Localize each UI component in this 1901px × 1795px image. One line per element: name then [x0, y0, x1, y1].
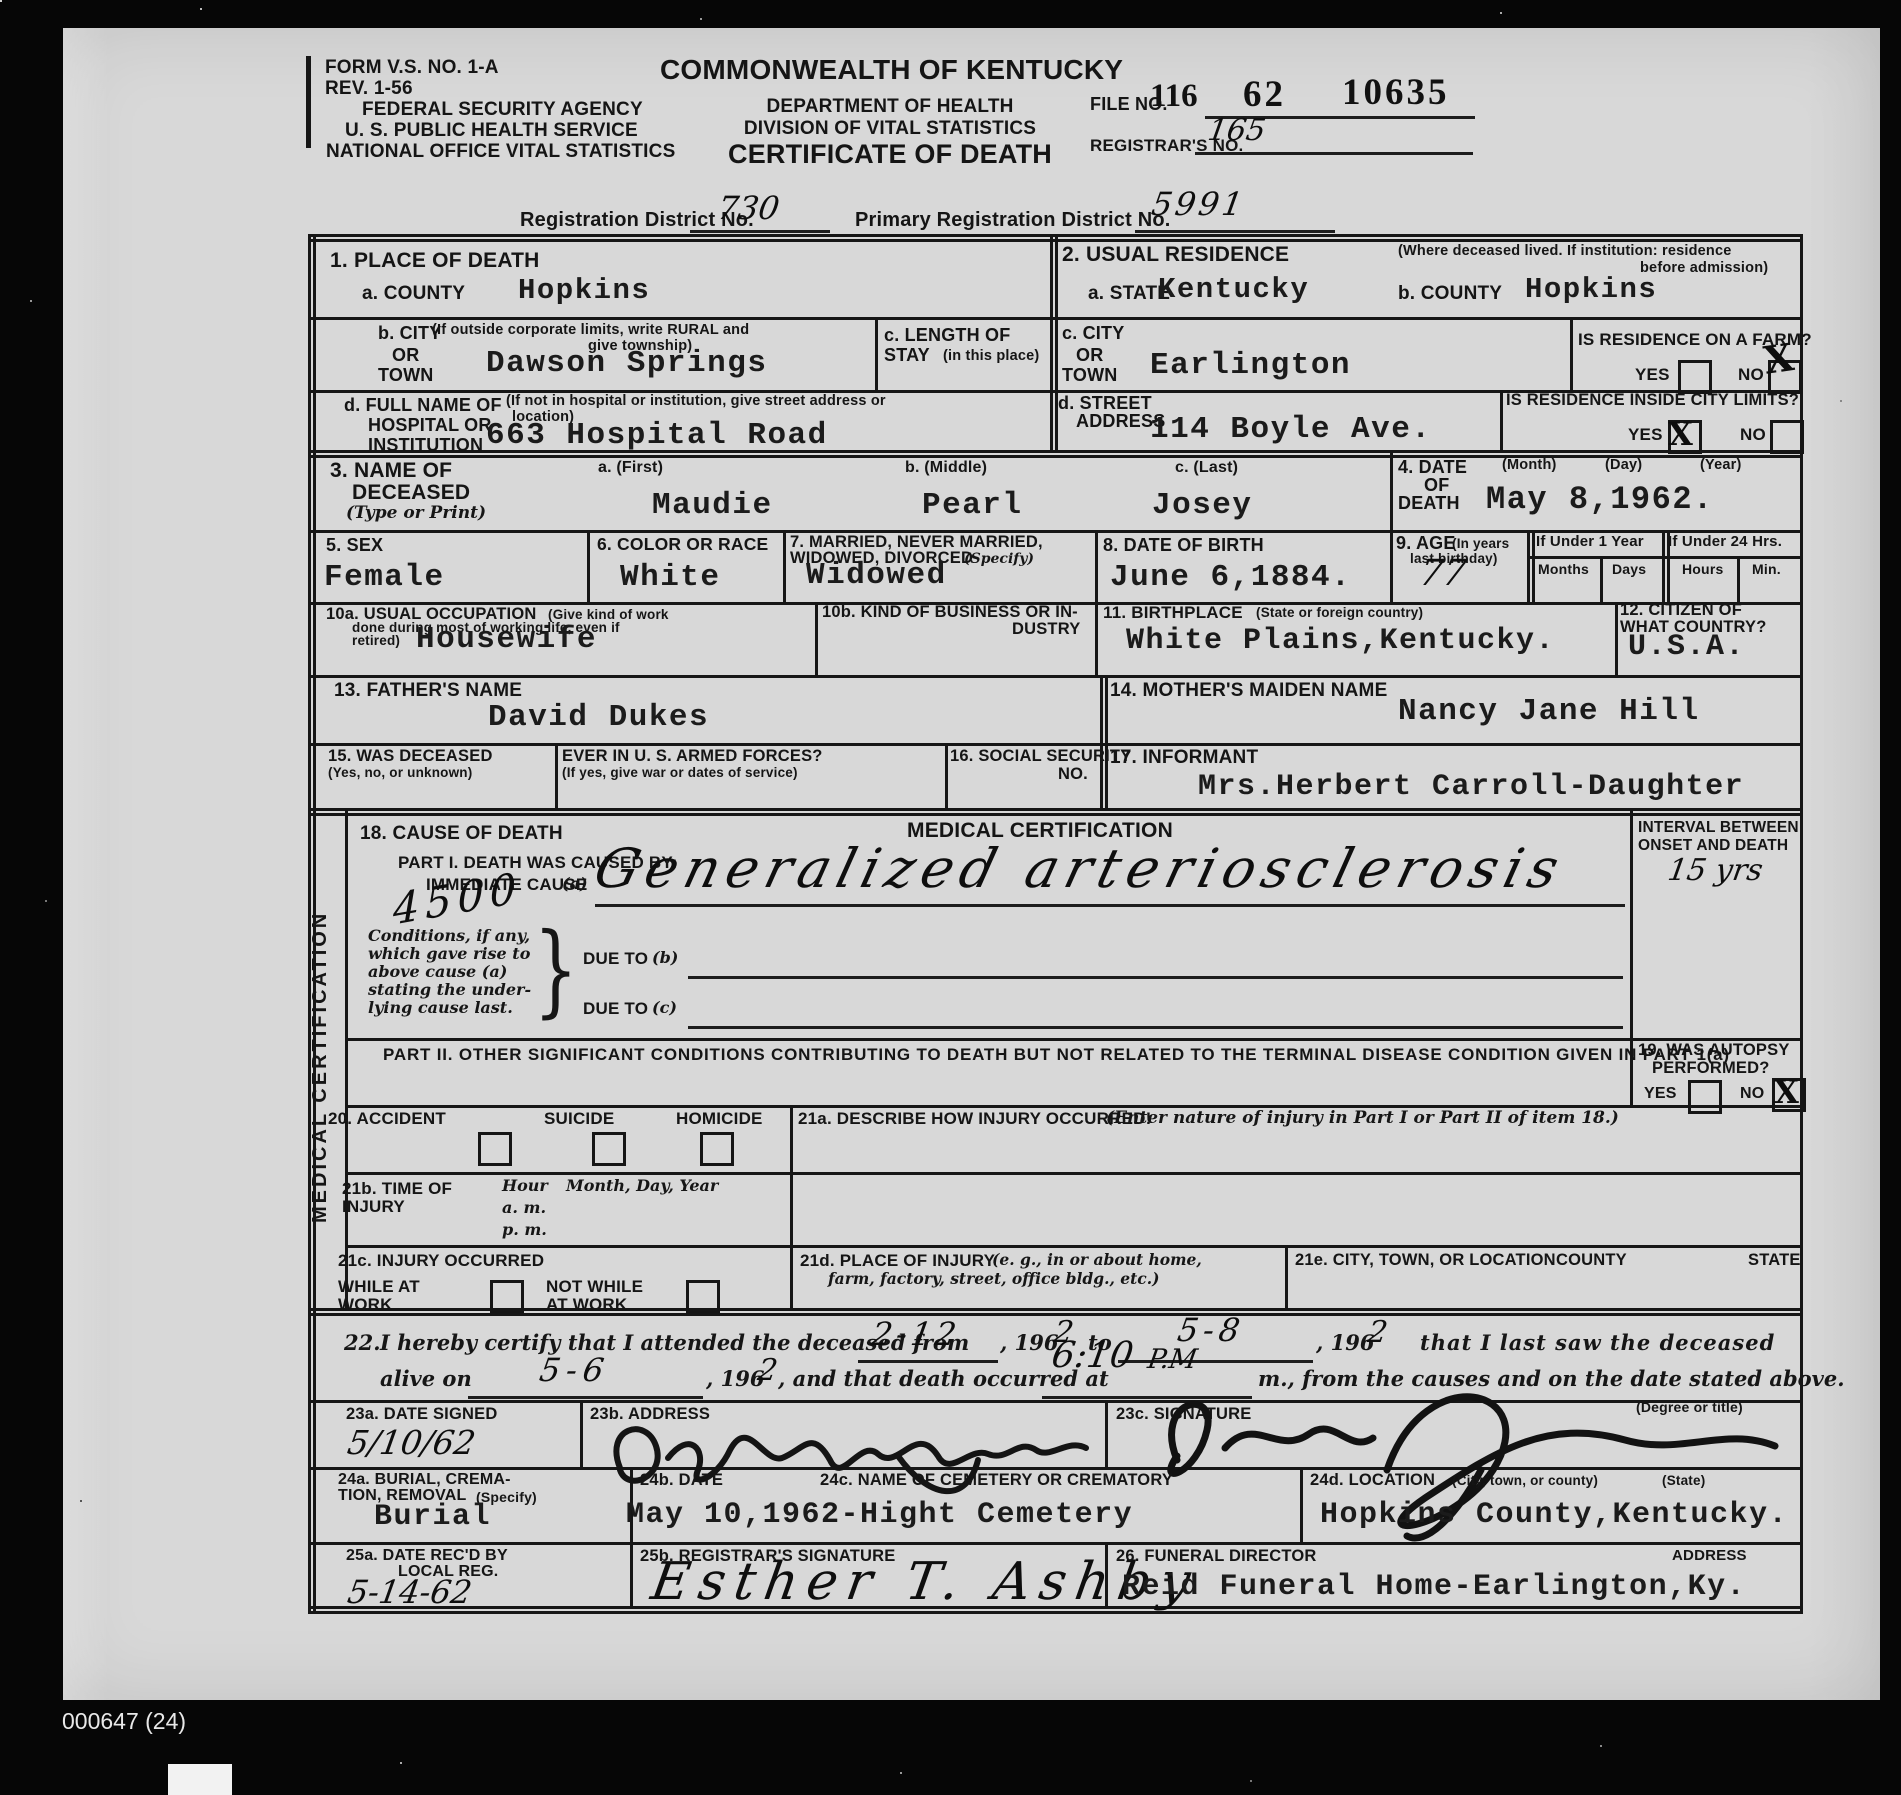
date-signed-label: 23a. DATE SIGNED — [346, 1406, 497, 1423]
time-of-death-ampm: P.M — [1146, 1346, 1199, 1373]
place-of-injury-note: farm, factory, street, office bldg., etc… — [828, 1271, 1159, 1287]
date-signed-value: 5/10/62 — [345, 1426, 477, 1459]
fill-line — [688, 1026, 1623, 1029]
line — [630, 1542, 633, 1608]
form-revision: REV. 1-56 — [325, 79, 413, 98]
length-of-stay-label: STAY — [884, 346, 930, 364]
farm-no-x-mark: X — [1761, 338, 1795, 380]
business-label: 10b. KIND OF BUSINESS OR IN- — [822, 604, 1078, 621]
autopsy-label: 19. WAS AUTOPSY — [1638, 1042, 1790, 1059]
scan-id: 000647 (24) — [62, 1708, 186, 1735]
age-note: (In years — [1452, 537, 1509, 551]
line — [308, 808, 1802, 816]
cause-of-death-label: 18. CAUSE OF DEATH — [360, 824, 563, 843]
or-label: OR — [392, 346, 419, 364]
interval-value: 15 yrs — [1666, 856, 1765, 886]
fill-line — [688, 976, 1623, 979]
part2-label: PART II. OTHER SIGNIFICANT CONDITIONS CO… — [383, 1046, 1730, 1063]
place-of-death-title: 1. PLACE OF DEATH — [330, 250, 540, 271]
due-to-label: DUE TO — [583, 1000, 648, 1017]
certify-number: 22. — [344, 1332, 381, 1353]
hospital-label: d. FULL NAME OF — [344, 396, 502, 414]
birthplace-label: 11. BIRTHPLACE — [1103, 604, 1243, 621]
line — [1390, 530, 1393, 602]
informant-value: Mrs.Herbert Carroll-Daughter — [1198, 772, 1744, 802]
name-of-deceased-label: DECEASED — [352, 482, 470, 503]
mother-name-label: 14. MOTHER'S MAIDEN NAME — [1110, 681, 1387, 700]
birthplace-value: White Plains,Kentucky. — [1126, 626, 1555, 656]
file-no-stamp: 62 — [1243, 76, 1286, 113]
hospital-label: INSTITUTION — [368, 436, 483, 454]
burial-label: 24a. BURIAL, CREMA- — [338, 1472, 511, 1488]
date-received-value: 5-14-62 — [345, 1576, 473, 1608]
citizen-value: U.S.A. — [1628, 632, 1745, 662]
father-name-label: 13. FATHER'S NAME — [334, 681, 522, 700]
yes-label: YES — [1644, 1086, 1677, 1102]
line — [875, 317, 878, 390]
certify-text: , 196 — [1000, 1332, 1058, 1353]
line — [308, 743, 1802, 746]
hours-label: Hours — [1682, 562, 1723, 576]
accident-checkbox — [478, 1132, 512, 1166]
primary-district-value: 5991 — [1149, 188, 1248, 220]
cause-of-death-value: Generalized arteriosclerosis — [589, 842, 1570, 896]
conditions-note: lying cause last. — [368, 1000, 513, 1016]
birthplace-note: (State or foreign country) — [1256, 606, 1423, 620]
department-line: DEPARTMENT OF HEALTH — [660, 97, 1120, 116]
limits-yes-x-mark: X — [1668, 418, 1693, 450]
date-of-death-label: OF — [1424, 476, 1449, 494]
while-at-work-label: WORK — [338, 1296, 393, 1313]
dob-value: June 6,1884. — [1110, 562, 1351, 593]
not-while-at-work-checkbox — [686, 1280, 720, 1314]
line — [580, 1400, 583, 1467]
specify-note: (Specify) — [964, 552, 1034, 566]
city-label: c. CITY — [1062, 324, 1124, 342]
city-note: (If outside corporate limits, write RURA… — [432, 323, 749, 338]
hour-label: Hour — [502, 1178, 548, 1194]
sex-value: Female — [324, 562, 445, 593]
line — [345, 810, 348, 1310]
armed-forces-label: EVER IN U. S. ARMED FORCES? — [562, 748, 823, 765]
suicide-label: SUICIDE — [544, 1110, 614, 1127]
conditions-note: above cause (a) — [368, 964, 507, 980]
cemetery-label: 24c. NAME OF CEMETERY OR CREMATORY — [820, 1472, 1173, 1489]
line — [815, 602, 818, 675]
months-label: Months — [1538, 562, 1589, 576]
first-name-value: Maudie — [652, 490, 773, 521]
conditions-note: stating the under- — [368, 982, 531, 998]
year-label: (Year) — [1700, 458, 1742, 473]
informant-label: 17. INFORMANT — [1110, 748, 1258, 767]
type-or-print-note: (Type or Print) — [346, 505, 486, 522]
burial-type-value: Burial — [374, 1502, 491, 1532]
certificate-title: CERTIFICATE OF DEATH — [660, 141, 1120, 168]
length-of-stay-note: (in this place) — [943, 349, 1039, 364]
armed-forces-note: (If yes, give war or dates of service) — [562, 766, 798, 780]
line — [308, 1308, 1802, 1316]
scan-noise — [0, 0, 2, 2]
usual-residence-title: 2. USUAL RESIDENCE — [1062, 244, 1289, 265]
ssn-label: 16. SOCIAL SECURITY — [950, 748, 1131, 765]
length-of-stay-label: c. LENGTH OF — [884, 326, 1010, 344]
division-line: DIVISION OF VITAL STATISTICS — [660, 119, 1120, 138]
county-label: a. COUNTY — [362, 284, 465, 303]
autopsy-label: PERFORMED? — [1652, 1060, 1770, 1077]
funeral-director-address-label: ADDRESS — [1672, 1548, 1747, 1563]
line — [347, 1038, 1802, 1041]
residence-note: (Where deceased lived. If institution: r… — [1398, 244, 1732, 259]
interval-label: ONSET AND DEATH — [1638, 838, 1788, 854]
middle-name-label: b. (Middle) — [905, 460, 987, 476]
line — [1095, 602, 1098, 675]
fill-line — [595, 904, 1625, 907]
autopsy-yes-checkbox — [1688, 1080, 1722, 1114]
residence-note: before admission) — [1640, 261, 1768, 276]
yes-label: YES — [1635, 366, 1670, 383]
describe-injury-note: (Enter nature of injury in Part I or Par… — [1106, 1110, 1619, 1127]
death-county-value: Hopkins — [518, 276, 650, 305]
burial-location-value: Hopkins County,Kentucky. — [1320, 1500, 1788, 1530]
conditions-note: Conditions, if any, — [368, 928, 530, 944]
form-number: FORM V.S. NO. 1-A — [325, 58, 499, 77]
conditions-note: which gave rise to — [368, 946, 530, 962]
attended-from-date: 2-12 — [869, 1318, 962, 1350]
line — [1095, 530, 1098, 602]
agency-line: NATIONAL OFFICE VITAL STATISTICS — [326, 142, 675, 161]
occupation-note: retired) — [352, 634, 400, 648]
line — [1390, 452, 1393, 530]
first-name-label: a. (First) — [598, 460, 663, 476]
line — [1737, 556, 1740, 602]
not-while-at-work-label: NOT WHILE — [546, 1278, 643, 1295]
line — [555, 743, 558, 810]
burial-date-label: 24b. DATE — [640, 1472, 723, 1489]
middle-name-value: Pearl — [922, 490, 1023, 521]
line — [347, 1172, 1802, 1175]
autopsy-no-x-mark: X — [1774, 1076, 1799, 1108]
last-name-value: Josey — [1152, 490, 1253, 521]
was-deceased-label: 15. WAS DECEASED — [328, 748, 493, 765]
hospital-label: HOSPITAL OR — [368, 416, 492, 434]
min-label: Min. — [1752, 562, 1781, 576]
line — [1570, 317, 1573, 390]
attended-to-date: 5-8 — [1175, 1314, 1247, 1346]
due-to-c: (c) — [652, 1000, 677, 1016]
funeral-director-label: 26. FUNERAL DIRECTOR — [1116, 1548, 1317, 1565]
occupation-value: Housewife — [416, 624, 597, 655]
pm-label: p. m. — [502, 1222, 547, 1238]
interval-label: INTERVAL BETWEEN — [1638, 820, 1799, 836]
no-label: NO — [1738, 366, 1764, 383]
funeral-director-value: Reid Funeral Home-Earlington,Ky. — [1122, 1572, 1746, 1602]
date-of-death-label: DEATH — [1398, 494, 1460, 512]
homicide-checkbox — [700, 1132, 734, 1166]
fill-line — [858, 1360, 998, 1363]
conditions-brace: } — [534, 920, 579, 1020]
dob-label: 8. DATE OF BIRTH — [1103, 536, 1264, 554]
death-city-value: Dawson Springs — [486, 348, 767, 379]
place-of-injury-note: (e. g., in or about home, — [992, 1252, 1202, 1268]
injury-occurred-label: 21c. INJURY OCCURRED — [338, 1252, 544, 1269]
suicide-checkbox — [592, 1132, 626, 1166]
location-note: (City, town, or county) — [1452, 1474, 1598, 1488]
describe-injury-label: 21a. DESCRIBE HOW INJURY OCCURRED! — [798, 1110, 1151, 1127]
under-24-hrs-label: If Under 24 Hrs. — [1668, 534, 1782, 549]
residence-city-value: Earlington — [1150, 350, 1351, 381]
street-label: d. STREET — [1058, 394, 1152, 412]
injury-county-label: COUNTY — [1556, 1252, 1627, 1269]
certify-text: alive on — [380, 1368, 472, 1389]
line — [1500, 390, 1503, 452]
file-no-stamp: 10635 — [1342, 74, 1450, 111]
hospital-value: 663 Hospital Road — [486, 420, 828, 451]
file-no-printed: 116 — [1150, 80, 1198, 113]
month-label: (Month) — [1502, 458, 1557, 473]
not-while-at-work-label: AT WORK — [546, 1296, 627, 1313]
days-label: Days — [1612, 562, 1646, 576]
line — [1615, 602, 1618, 675]
business-label: DUSTRY — [1012, 621, 1080, 638]
fill-line — [1135, 230, 1335, 233]
commonwealth-title: COMMONWEALTH OF KENTUCKY — [660, 56, 1120, 84]
line — [790, 1105, 793, 1310]
am-label: a. m. — [502, 1200, 546, 1216]
mother-name-value: Nancy Jane Hill — [1398, 696, 1700, 727]
place-of-injury-label: 21d. PLACE OF INJURY — [800, 1252, 995, 1269]
residence-state-value: Kentucky — [1158, 275, 1309, 304]
line — [347, 1245, 1802, 1248]
date-received-label: 25a. DATE REC'D BY — [346, 1548, 508, 1564]
day-label: (Day) — [1605, 458, 1642, 473]
line — [1600, 556, 1603, 602]
age-value: 77 — [1417, 556, 1469, 592]
date-of-death-label: 4. DATE — [1398, 458, 1467, 476]
line — [587, 530, 590, 602]
scan-artifact-chip — [168, 1764, 232, 1795]
due-to-label: DUE TO — [583, 950, 648, 967]
primary-district-label: Primary Registration District No. — [855, 210, 1171, 230]
date-of-death-value: May 8,1962. — [1486, 484, 1714, 516]
agency-line: FEDERAL SECURITY AGENCY — [362, 100, 643, 119]
due-to-b: (b) — [652, 950, 678, 966]
residence-county-value: Hopkins — [1525, 275, 1657, 304]
under-1-year-label: If Under 1 Year — [1536, 534, 1644, 549]
father-name-value: David Dukes — [488, 702, 709, 733]
last-name-label: c. (Last) — [1175, 460, 1238, 476]
limits-no-checkbox — [1770, 420, 1804, 454]
while-at-work-checkbox — [490, 1280, 524, 1314]
injury-city-label: 21e. CITY, TOWN, OR LOCATION — [1295, 1252, 1556, 1269]
margin-tick — [306, 56, 311, 148]
no-label: NO — [1740, 426, 1766, 443]
line — [1285, 1245, 1288, 1310]
line — [783, 530, 786, 602]
time-of-injury-label: 21b. TIME OF — [342, 1180, 452, 1197]
while-at-work-label: WHILE AT — [338, 1278, 420, 1295]
location-label: 24d. LOCATION — [1310, 1472, 1435, 1489]
city-limits-question: IS RESIDENCE INSIDE CITY LIMITS? — [1506, 392, 1799, 409]
time-of-death: 6:10 — [1049, 1338, 1136, 1374]
line — [945, 743, 948, 810]
town-label: TOWN — [1062, 366, 1117, 384]
sex-label: 5. SEX — [326, 536, 383, 554]
accident-label: 20. ACCIDENT — [328, 1110, 446, 1127]
line — [308, 675, 1802, 678]
fill-line — [690, 230, 830, 233]
reg-district-value: 730 — [715, 192, 781, 224]
fill-line — [1195, 152, 1473, 155]
line — [1100, 675, 1108, 743]
registrar-no-value: 165 — [1206, 116, 1268, 146]
last-seen-date: 5-6 — [537, 1354, 612, 1386]
no-label: NO — [1740, 1086, 1764, 1102]
certify-text: that I last saw the deceased — [1420, 1332, 1775, 1353]
line — [1050, 234, 1058, 450]
street-address-value: 114 Boyle Ave. — [1150, 414, 1431, 445]
ssn-label: NO. — [1058, 766, 1088, 783]
age-label: 9. AGE — [1396, 534, 1456, 552]
county-label: b. COUNTY — [1398, 284, 1502, 303]
agency-line: U. S. PUBLIC HEALTH SERVICE — [345, 121, 638, 140]
citizen-label: 12. CITIZEN OF — [1620, 602, 1742, 619]
name-of-deceased-label: 3. NAME OF — [330, 460, 452, 481]
immediate-cause-a: (a) — [562, 876, 588, 892]
hospital-note: (If not in hospital or institution, give… — [506, 394, 886, 409]
injury-state-label: STATE — [1748, 1252, 1801, 1269]
race-value: White — [620, 562, 721, 593]
farm-yes-checkbox — [1678, 360, 1712, 394]
yes-label: YES — [1628, 426, 1663, 443]
homicide-label: HOMICIDE — [676, 1110, 763, 1127]
town-label: TOWN — [378, 366, 433, 384]
race-label: 6. COLOR OR RACE — [597, 536, 768, 554]
burial-date-cemetery-value: May 10,1962-Hight Cemetery — [626, 1500, 1133, 1530]
time-of-injury-label: INJURY — [342, 1198, 405, 1215]
medical-certification-side-label: MEDICAL CERTIFICATION — [310, 828, 344, 1306]
line — [1527, 530, 1535, 602]
month-day-year-label: Month, Day, Year — [566, 1178, 718, 1194]
was-deceased-note: (Yes, no, or unknown) — [328, 766, 472, 780]
location-state-note: (State) — [1662, 1474, 1705, 1488]
or-label: OR — [1076, 346, 1103, 364]
marital-value: Widowed — [806, 560, 947, 591]
